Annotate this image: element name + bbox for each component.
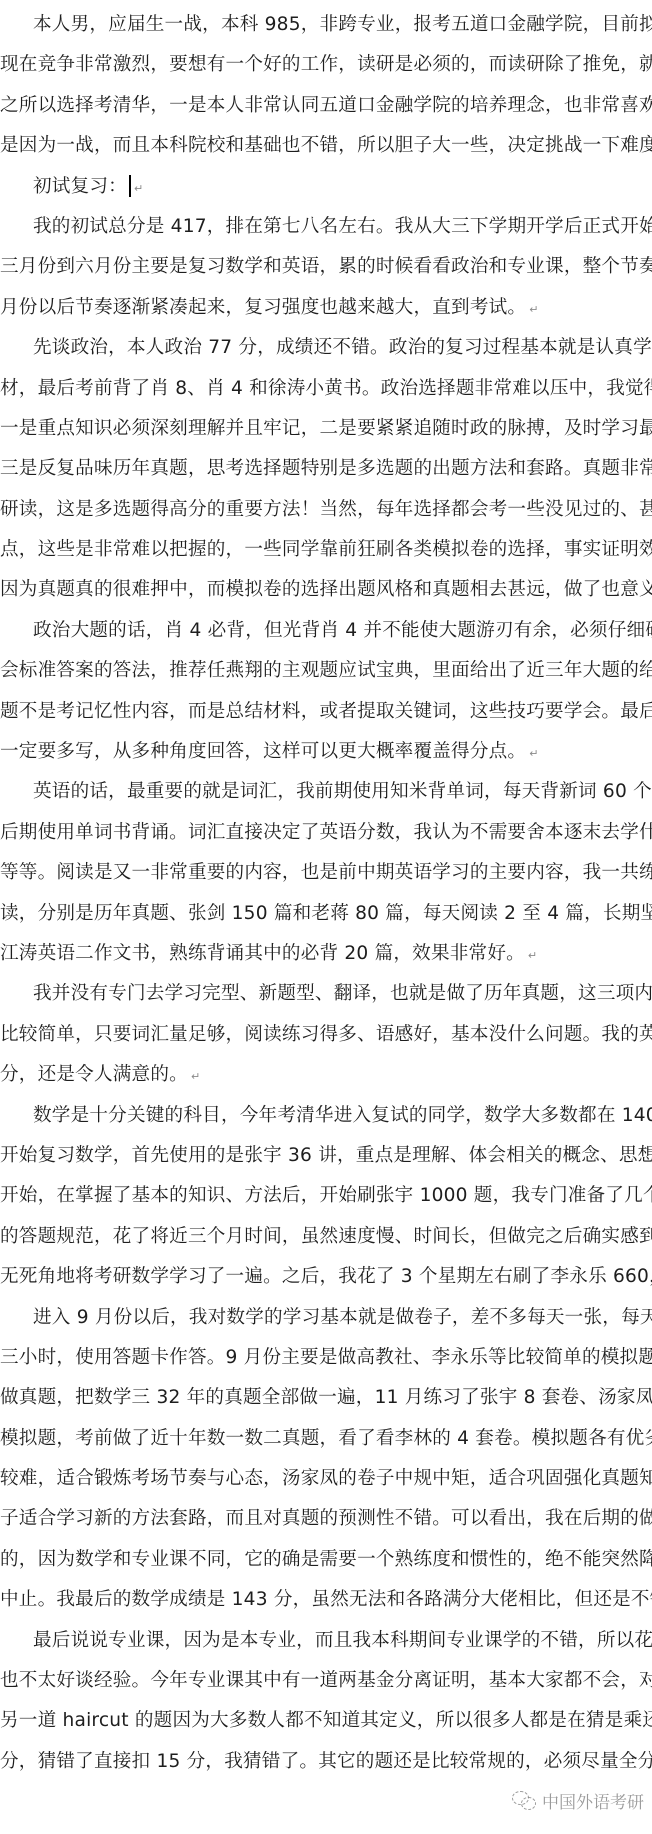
text-line: 研读，这是多选题得高分的重要方法！当然，每年选择都会考一些没见过的、甚至考纲上没…	[0, 490, 652, 530]
line-text: 后期使用单词书背诵。词汇直接决定了英语分数，我认为不需要舍本逐末去学什么长难句、…	[0, 822, 652, 843]
line-text: 最后说说专业课，因为是本专业，而且我本科期间专业课学的不错，所以花的时间不是太多…	[33, 1630, 652, 1651]
text-line: 开始复习数学，首先使用的是张宇 36 讲，重点是理解、体会相关的概念、思想、方法…	[0, 1136, 652, 1176]
text-line: 后期使用单词书背诵。词汇直接决定了英语分数，我认为不需要舍本逐末去学什么长难句、…	[0, 813, 652, 853]
line-text: 读，分别是历年真题、张剑 150 篇和老蒋 80 篇，每天阅读 2 至 4 篇，…	[0, 903, 652, 924]
line-text: 做真题，把数学三 32 年的真题全部做一遍，11 月练习了张宇 8 套卷、汤家凤…	[0, 1387, 652, 1408]
paragraph-mark-icon: ↵	[528, 949, 537, 962]
watermark: 中国外语考研	[512, 1783, 647, 1817]
text-line: 分，还是令人满意的。↵	[0, 1055, 652, 1095]
line-text: 点，这些是非常难以把握的，一些同学靠前狂刷各类模拟卷的选择，事实证明效果并不是很…	[0, 539, 652, 560]
text-line: 模拟题，考前做了近十年数一数二真题，看了看李林的 4 套卷。模拟题各有优劣，张宇…	[0, 1419, 652, 1459]
text-line: 三月份到六月份主要是复习数学和英语，累的时候看看政治和专业课，整个节奏也比较松散…	[0, 247, 652, 287]
text-line: 一定要多写，从多种角度回答，这样可以更大概率覆盖得分点。↵	[0, 732, 652, 772]
line-text: 是因为一战，而且本科院校和基础也不错，所以胆子大一些，决定挑战一下难度较高的院校…	[0, 135, 652, 156]
text-line: 另一道 haircut 的题因为大多数人都不知道其定义，所以很多人都是在猜是乘还…	[0, 1701, 652, 1741]
text-line: 最后说说专业课，因为是本专业，而且我本科期间专业课学的不错，所以花的时间不是太多…	[0, 1621, 652, 1661]
line-text: 初试复习：	[33, 176, 127, 197]
text-line: 月份以后节奏逐渐紧凑起来，复习强度也越来越大，直到考试。↵	[0, 288, 652, 328]
line-text: 开始，在掌握了基本的知识、方法后，开始刷张宇 1000 题，我专门准备了几个大本…	[0, 1185, 652, 1206]
text-line: 题不是考记忆性内容，而是总结材料，或者提取关键词，这些技巧要学会。最后，大题在考…	[0, 692, 652, 732]
text-line: 会标准答案的答法，推荐任燕翔的主观题应试宝典，里面给出了近三年大题的给分点。有很…	[0, 651, 652, 691]
paragraph-mark-icon: ↵	[191, 1070, 200, 1083]
line-text: 的，因为数学和专业课不同，它的确是需要一个熟练度和惯性的，绝不能突然降低学习强度…	[0, 1549, 652, 1570]
line-text: 江涛英语二作文书，熟练背诵其中的必背 20 篇，效果非常好。	[0, 943, 525, 964]
line-text: 子适合学习新的方法套路，而且对真题的预测性不错。可以看出，我在后期的做题强度是比…	[0, 1508, 652, 1529]
text-line: 因为真题真的很难押中，而模拟卷的选择出题风格和真题相去甚远，做了也意义不大。↵	[0, 570, 652, 610]
paragraph-mark-icon: ↵	[529, 303, 538, 316]
line-text: 先谈政治，本人政治 77 分，成绩还不错。政治的复习过程基本就是认真学习肖秀荣的…	[33, 337, 652, 358]
line-text: 分，猜错了直接扣 15 分，我猜错了。其它的题还是比较常规的，必须尽量全分，但专…	[0, 1751, 652, 1772]
text-line: 比较简单，只要词汇量足够，阅读练习得多、语感好，基本没什么问题。我的英语成绩最后…	[0, 1015, 652, 1055]
text-line: 本人男，应届生一战，本科 985，非跨专业，报考五道口金融学院，目前拟录取。金融…	[0, 5, 652, 45]
text-line: 我并没有专门去学习完型、新题型、翻译，也就是做了历年真题，这三项内容在英语二里都	[0, 974, 652, 1014]
text-line: 进入 9 月份以后，我对数学的学习基本就是做卷子，差不多每天一张，每天严格在上午…	[0, 1298, 652, 1338]
line-text: 我的初试总分是 417，排在第七八名左右。我从大三下学期开学后正式开始初试复习的…	[33, 216, 652, 237]
line-text: 三是反复品味历年真题，思考选择题特别是多选题的出题方法和套路。真题非常重要，必须…	[0, 458, 652, 479]
text-line: 江涛英语二作文书，熟练背诵其中的必背 20 篇，效果非常好。↵	[0, 934, 652, 974]
wechat-icon	[512, 1789, 538, 1811]
text-line: 点，这些是非常难以把握的，一些同学靠前狂刷各类模拟卷的选择，事实证明效果并不是很…	[0, 530, 652, 570]
document-body[interactable]: 本人男，应届生一战，本科 985，非跨专业，报考五道口金融学院，目前拟录取。金融…	[0, 5, 652, 1782]
text-line: 做真题，把数学三 32 年的真题全部做一遍，11 月练习了张宇 8 套卷、汤家凤…	[0, 1378, 652, 1418]
line-text: 因为真题真的很难押中，而模拟卷的选择出题风格和真题相去甚远，做了也意义不大。	[0, 579, 652, 600]
line-text: 三月份到六月份主要是复习数学和英语，累的时候看看政治和专业课，整个节奏也比较松散…	[0, 256, 652, 277]
text-line: 先谈政治，本人政治 77 分，成绩还不错。政治的复习过程基本就是认真学习肖秀荣的…	[0, 328, 652, 368]
line-text: 也不太好谈经验。今年专业课其中有一道两基金分离证明，基本大家都不会，对成绩没有影…	[0, 1670, 652, 1691]
text-line: 子适合学习新的方法套路，而且对真题的预测性不错。可以看出，我在后期的做题强度是比…	[0, 1499, 652, 1539]
text-line: 分，猜错了直接扣 15 分，我猜错了。其它的题还是比较常规的，必须尽量全分，但专…	[0, 1742, 652, 1782]
line-text: 无死角地将考研数学学习了一遍。之后，我花了 3 个星期左右刷了李永乐 660，收…	[0, 1266, 652, 1287]
line-text: 英语的话，最重要的就是词汇，我前期使用知米背单词，每天背新词 60 个，背了四个…	[33, 781, 652, 802]
text-line: 的答题规范，花了将近三个月时间，虽然速度慢、时间长，但做完之后确实感到收获很大，…	[0, 1217, 652, 1257]
text-line: 等等。阅读是又一非常重要的内容，也是前中期英语学习的主要内容，我一共练习了三类英…	[0, 853, 652, 893]
line-text: 进入 9 月份以后，我对数学的学习基本就是做卷子，差不多每天一张，每天严格在上午…	[33, 1307, 652, 1328]
line-text: 分，还是令人满意的。	[0, 1064, 188, 1085]
line-text: 开始复习数学，首先使用的是张宇 36 讲，重点是理解、体会相关的概念、思想、方法…	[0, 1145, 652, 1166]
text-line: 政治大题的话，肖 4 必背，但光背肖 4 并不能使大题游刃有余，必须仔细研读历年…	[0, 611, 652, 651]
line-text: 数学是十分关键的科目，今年考清华进入复试的同学，数学大多数都在 140 以上。我…	[33, 1105, 652, 1126]
text-line: 数学是十分关键的科目，今年考清华进入复试的同学，数学大多数都在 140 以上。我…	[0, 1096, 652, 1136]
text-line: 无死角地将考研数学学习了一遍。之后，我花了 3 个星期左右刷了李永乐 660，收…	[0, 1257, 652, 1297]
text-line: 的，因为数学和专业课不同，它的确是需要一个熟练度和惯性的，绝不能突然降低学习强度…	[0, 1540, 652, 1580]
line-text: 题不是考记忆性内容，而是总结材料，或者提取关键词，这些技巧要学会。最后，大题在考…	[0, 701, 652, 722]
text-line: 开始，在掌握了基本的知识、方法后，开始刷张宇 1000 题，我专门准备了几个大本…	[0, 1176, 652, 1216]
line-text: 本人男，应届生一战，本科 985，非跨专业，报考五道口金融学院，目前拟录取。金融…	[33, 14, 652, 35]
paragraph-mark-icon: ↵	[529, 747, 538, 760]
line-text: 三小时，使用答题卡作答。9 月份主要是做高教社、李永乐等比较简单的模拟题，10 …	[0, 1347, 652, 1368]
line-text: 材，最后考前背了肖 8、肖 4 和徐涛小黄书。政治选择题非常难以压中，我觉得主要…	[0, 378, 652, 399]
line-text: 比较简单，只要词汇量足够，阅读练习得多、语感好，基本没什么问题。我的英语成绩最后…	[0, 1024, 652, 1045]
text-line: 三小时，使用答题卡作答。9 月份主要是做高教社、李永乐等比较简单的模拟题，10 …	[0, 1338, 652, 1378]
line-text: 之所以选择考清华，一是本人非常认同五道口金融学院的培养理念，也非常喜欢学院的风格…	[0, 95, 652, 116]
text-line: 三是反复品味历年真题，思考选择题特别是多选题的出题方法和套路。真题非常重要，必须…	[0, 449, 652, 489]
line-text: 现在竞争非常激烈，要想有一个好的工作，读研是必须的，而读研除了推免，就只有考研了…	[0, 54, 652, 75]
line-text: 中止。我最后的数学成绩是 143 分，虽然无法和各路满分大佬相比，但还是不错的。	[0, 1589, 652, 1610]
line-text: 的答题规范，花了将近三个月时间，虽然速度慢、时间长，但做完之后确实感到收获很大，…	[0, 1226, 652, 1247]
text-line: 我的初试总分是 417，排在第七八名左右。我从大三下学期开学后正式开始初试复习的…	[0, 207, 652, 247]
line-text: 一定要多写，从多种角度回答，这样可以更大概率覆盖得分点。	[0, 741, 526, 762]
line-text: 政治大题的话，肖 4 必背，但光背肖 4 并不能使大题游刃有余，必须仔细研读历年…	[33, 620, 652, 641]
line-text: 我并没有专门去学习完型、新题型、翻译，也就是做了历年真题，这三项内容在英语二里都	[33, 983, 652, 1004]
line-text: 会标准答案的答法，推荐任燕翔的主观题应试宝典，里面给出了近三年大题的给分点。有很…	[0, 660, 652, 681]
text-line: 读，分别是历年真题、张剑 150 篇和老蒋 80 篇，每天阅读 2 至 4 篇，…	[0, 894, 652, 934]
text-line: 之所以选择考清华，一是本人非常认同五道口金融学院的培养理念，也非常喜欢学院的风格…	[0, 86, 652, 126]
text-line: 是因为一战，而且本科院校和基础也不错，所以胆子大一些，决定挑战一下难度较高的院校…	[0, 126, 652, 166]
text-line: 也不太好谈经验。今年专业课其中有一道两基金分离证明，基本大家都不会，对成绩没有影…	[0, 1661, 652, 1701]
watermark-text: 中国外语考研	[542, 1788, 644, 1813]
text-line: 材，最后考前背了肖 8、肖 4 和徐涛小黄书。政治选择题非常难以压中，我觉得主要…	[0, 369, 652, 409]
line-text: 月份以后节奏逐渐紧凑起来，复习强度也越来越大，直到考试。	[0, 297, 526, 318]
text-line: 较难，适合锻炼考场节奏与心态，汤家凤的卷子中规中矩，适合巩固强化真题知识点，李林…	[0, 1459, 652, 1499]
line-text: 模拟题，考前做了近十年数一数二真题，看了看李林的 4 套卷。模拟题各有优劣，张宇…	[0, 1428, 652, 1449]
line-text: 等等。阅读是又一非常重要的内容，也是前中期英语学习的主要内容，我一共练习了三类英…	[0, 862, 652, 883]
text-line: 一是重点知识必须深刻理解并且牢记，二是要紧紧追随时政的脉搏，及时学习最新的政策、…	[0, 409, 652, 449]
text-line: 初试复习：↵	[0, 167, 652, 207]
text-line: 英语的话，最重要的就是词汇，我前期使用知米背单词，每天背新词 60 个，背了四个…	[0, 772, 652, 812]
line-text: 较难，适合锻炼考场节奏与心态，汤家凤的卷子中规中矩，适合巩固强化真题知识点，李林…	[0, 1468, 652, 1489]
text-line: 中止。我最后的数学成绩是 143 分，虽然无法和各路满分大佬相比，但还是不错的。…	[0, 1580, 652, 1620]
text-line: 现在竞争非常激烈，要想有一个好的工作，读研是必须的，而读研除了推免，就只有考研了…	[0, 45, 652, 85]
line-text: 研读，这是多选题得高分的重要方法！当然，每年选择都会考一些没见过的、甚至考纲上没…	[0, 499, 652, 520]
paragraph-mark-icon: ↵	[134, 182, 143, 195]
line-text: 另一道 haircut 的题因为大多数人都不知道其定义，所以很多人都是在猜是乘还…	[0, 1710, 652, 1731]
text-cursor	[129, 175, 131, 197]
line-text: 一是重点知识必须深刻理解并且牢记，二是要紧紧追随时政的脉搏，及时学习最新的政策、…	[0, 418, 652, 439]
